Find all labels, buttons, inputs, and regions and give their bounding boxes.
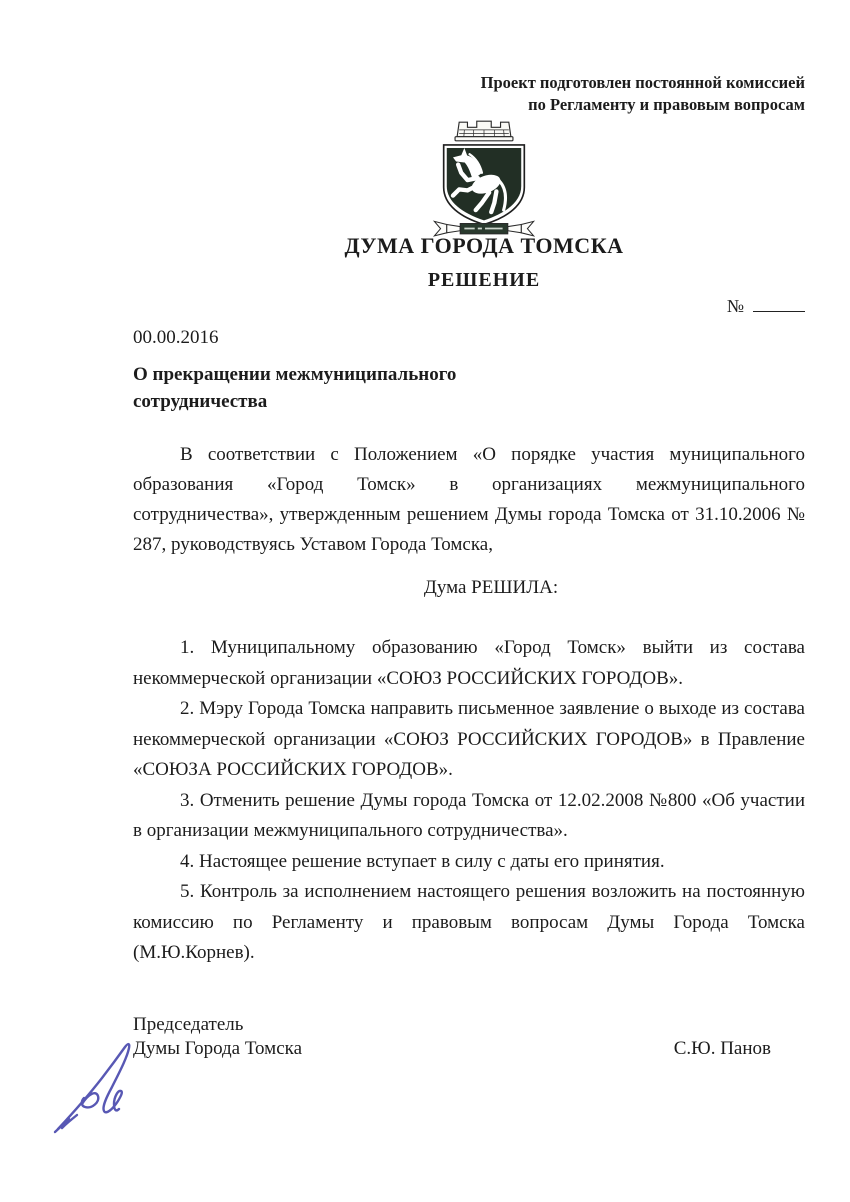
resolution-item-5: 5. Контроль за исполнением настоящего ре… bbox=[133, 877, 805, 969]
resolution-item-1: 1. Муниципальному образованию «Город Том… bbox=[133, 633, 805, 694]
document-date: 00.00.2016 bbox=[133, 326, 805, 350]
prepared-by-note: Проект подготовлен постоянной комиссией … bbox=[133, 72, 805, 116]
document-number-line: № bbox=[133, 296, 805, 318]
resolution-heading: Дума РЕШИЛА: bbox=[155, 573, 827, 603]
prepared-by-line2: по Регламенту и правовым вопросам bbox=[133, 94, 805, 116]
resolution-item-3: 3. Отменить решение Думы города Томска о… bbox=[133, 786, 805, 847]
document-page: Проект подготовлен постоянной комиссией … bbox=[0, 0, 850, 1202]
signer-position: Председатель Думы Города Томска bbox=[133, 1013, 302, 1062]
resolution-items: 1. Муниципальному образованию «Город Том… bbox=[133, 633, 805, 969]
signer-name: С.Ю. Панов bbox=[674, 1037, 771, 1062]
signature-block: Председатель Думы Города Томска С.Ю. Пан… bbox=[133, 1013, 805, 1062]
number-blank-line bbox=[753, 297, 805, 312]
organization-name: ДУМА ГОРОДА ТОМСКА bbox=[148, 233, 820, 259]
preamble-paragraph: В соответствии с Положением «О порядке у… bbox=[133, 440, 805, 560]
subject-line1: О прекращении межмуниципального bbox=[133, 361, 805, 388]
coat-of-arms bbox=[148, 117, 820, 229]
signer-position-line1: Председатель bbox=[133, 1013, 302, 1038]
prepared-by-line1: Проект подготовлен постоянной комиссией bbox=[133, 72, 805, 94]
subject-line2: сотрудничества bbox=[133, 388, 805, 415]
number-label: № bbox=[727, 296, 744, 316]
signer-position-line2: Думы Города Томска bbox=[133, 1037, 302, 1062]
resolution-item-4: 4. Настоящее решение вступает в силу с д… bbox=[133, 847, 805, 878]
handwritten-signature bbox=[50, 1032, 158, 1137]
tomsk-coat-of-arms-icon bbox=[432, 117, 536, 239]
document-subject: О прекращении межмуниципального сотрудни… bbox=[133, 361, 805, 415]
doc-type-title: РЕШЕНИЕ bbox=[148, 268, 820, 292]
resolution-item-2: 2. Мэру Города Томска направить письменн… bbox=[133, 694, 805, 786]
